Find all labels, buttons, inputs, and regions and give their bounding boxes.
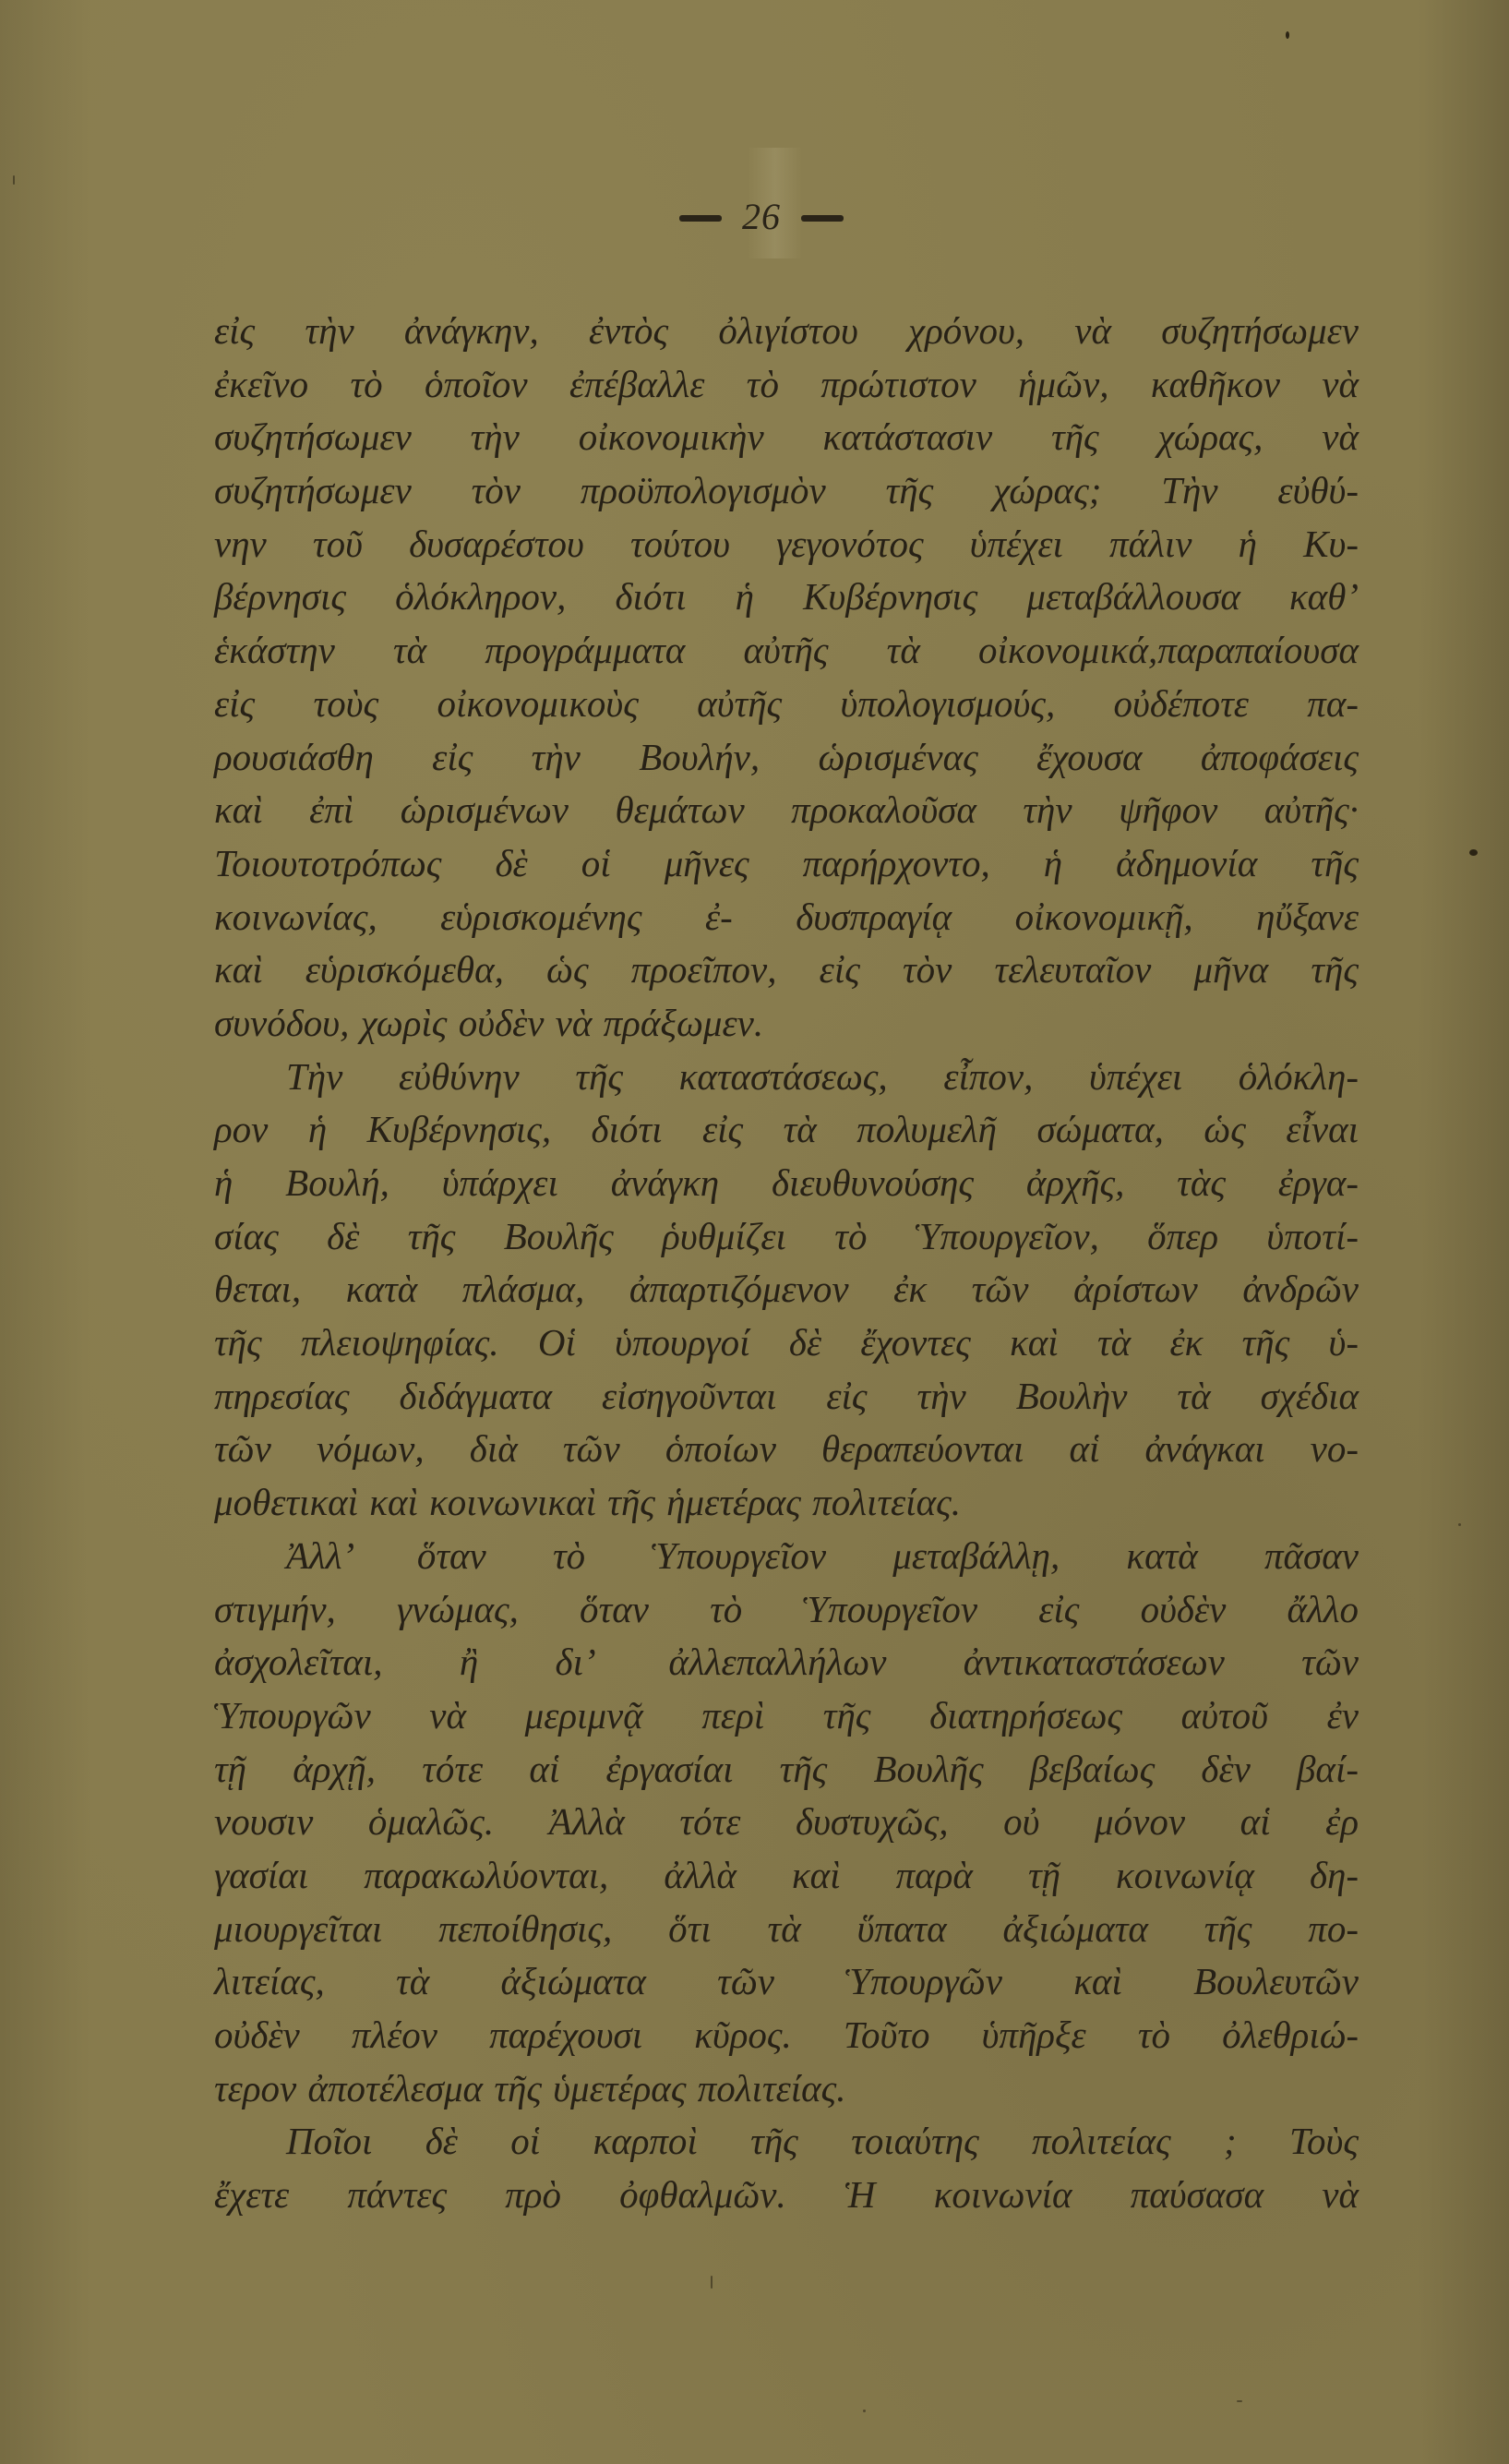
- text-line: γασίαι παρακωλύονται, ἀλλὰ καὶ παρὰ τῇ κ…: [214, 1849, 1359, 1903]
- scanned-page: 26 εἰς τὴν ἀνάγκην, ἐντὸς ὀλιγίστου χρόν…: [0, 0, 1509, 2464]
- text-line: εἰς τοὺς οἰκονομικοὺς αὐτῆς ὑπολογισμούς…: [214, 678, 1359, 731]
- text-line: ἀσχολεῖται, ἢ δι’ ἀλλεπαλλήλων ἀντικατασ…: [214, 1636, 1359, 1689]
- text-line: λιτείας, τὰ ἀξιώματα τῶν Ὑπουργῶν καὶ Βο…: [214, 1955, 1359, 2009]
- text-line: ρον ἡ Κυβέρνησις, διότι εἰς τὰ πολυμελῆ …: [214, 1103, 1359, 1157]
- text-line-paragraph-end: συνόδου, χωρὶς οὐδὲν νὰ πράξωμεν.: [214, 997, 1359, 1051]
- text-line: ρουσιάσθη εἰς τὴν Βουλήν, ὡρισμένας ἔχου…: [214, 731, 1359, 785]
- paper-speck: [1237, 2400, 1242, 2402]
- text-line: ἡ Βουλή, ὑπάρχει ἀνάγκη διευθυνούσης ἀρχ…: [214, 1157, 1359, 1210]
- text-line: ἑκάστην τὰ προγράμματα αὐτῆς τὰ οἰκονομι…: [214, 624, 1359, 678]
- text-line: τῶν νόμων, διὰ τῶν ὁποίων θεραπεύονται α…: [214, 1423, 1359, 1476]
- text-line: συζητήσωμεν τὸν προϋπολογισμὸν τῆς χώρας…: [214, 464, 1359, 518]
- text-line: εἰς τὴν ἀνάγκην, ἐντὸς ὀλιγίστου χρόνου,…: [214, 305, 1359, 358]
- ink-spot: [1286, 31, 1289, 39]
- text-line-paragraph-start: Ἀλλ’ ὅταν τὸ Ὑπουργεῖον μεταβάλλῃ, κατὰ …: [214, 1530, 1359, 1583]
- paper-speck: [863, 2410, 866, 2412]
- text-line: ἐκεῖνο τὸ ὁποῖον ἐπέβαλλε τὸ πρώτιστον ἡ…: [214, 358, 1359, 412]
- text-line: πηρεσίας διδάγματα εἰσηγοῦνται εἰς τὴν Β…: [214, 1370, 1359, 1424]
- text-line: νην τοῦ δυσαρέστου τούτου γεγονότος ὑπέχ…: [214, 518, 1359, 571]
- paper-speck: [1458, 1523, 1461, 1526]
- text-line: συζητήσωμεν τὴν οἰκονομικὴν κατάστασιν τ…: [214, 411, 1359, 464]
- text-line: ἔχετε πάντες πρὸ ὀφθαλμῶν. Ἡ κοινωνία πα…: [214, 2169, 1359, 2222]
- page-number: 26: [0, 189, 1509, 245]
- text-line: τῆς πλειοψηφίας. Οἱ ὑπουργοί δὲ ἔχοντες …: [214, 1316, 1359, 1370]
- text-line: νουσιν ὁμαλῶς. Ἀλλὰ τότε δυστυχῶς, οὐ μό…: [214, 1796, 1359, 1849]
- text-line-paragraph-end: τερον ἀποτέλεσμα τῆς ὑμετέρας πολιτείας.: [214, 2062, 1359, 2116]
- text-line: καὶ ἐπὶ ὡρισμένων θεμάτων προκαλοῦσα τὴν…: [214, 784, 1359, 837]
- text-line-paragraph-start: Τὴν εὐθύνην τῆς καταστάσεως, εἶπον, ὑπέχ…: [214, 1051, 1359, 1104]
- text-line: βέρνησις ὁλόκληρον, διότι ἡ Κυβέρνησις μ…: [214, 571, 1359, 624]
- text-line: Ὑπουργῶν νὰ μεριμνᾷ περὶ τῆς διατηρήσεως…: [214, 1689, 1359, 1743]
- body-text: εἰς τὴν ἀνάγκην, ἐντὸς ὀλιγίστου χρόνου,…: [214, 305, 1359, 2222]
- page-number-value: 26: [742, 196, 781, 237]
- text-line: στιγμήν, γνώμας, ὅταν τὸ Ὑπουργεῖον εἰς …: [214, 1583, 1359, 1637]
- text-line: κοινωνίας, εὑρισκομένης ἐ- δυσπραγίᾳ οἰκ…: [214, 891, 1359, 944]
- paper-speck: [711, 2276, 713, 2289]
- text-line: θεται, κατὰ πλάσμα, ἀπαρτιζόμενον ἐκ τῶν…: [214, 1263, 1359, 1316]
- text-line: μιουργεῖται πεποίθησις, ὅτι τὰ ὕπατα ἀξι…: [214, 1903, 1359, 1956]
- ink-spot: [1469, 849, 1478, 856]
- text-line-paragraph-start: Ποῖοι δὲ οἱ καρποὶ τῆς τοιαύτης πολιτεία…: [214, 2115, 1359, 2169]
- dash-left: [679, 215, 722, 222]
- text-line: σίας δὲ τῆς Βουλῆς ῥυθμίζει τὸ Ὑπουργεῖο…: [214, 1210, 1359, 1264]
- paper-speck: [13, 175, 15, 185]
- text-line: Τοιουτοτρόπως δὲ οἱ μῆνες παρήρχοντο, ἡ …: [214, 837, 1359, 891]
- text-line: καὶ εὑρισκόμεθα, ὡς προεῖπον, εἰς τὸν τε…: [214, 944, 1359, 997]
- text-line-paragraph-end: μοθετικαὶ καὶ κοινωνικαὶ τῆς ἡμετέρας πο…: [214, 1476, 1359, 1530]
- text-line: τῇ ἀρχῇ, τότε αἱ ἐργασίαι τῆς Βουλῆς βεβ…: [214, 1743, 1359, 1797]
- dash-right: [801, 215, 844, 222]
- text-line: οὐδὲν πλέον παρέχουσι κῦρος. Τοῦτο ὑπῆρξ…: [214, 2009, 1359, 2062]
